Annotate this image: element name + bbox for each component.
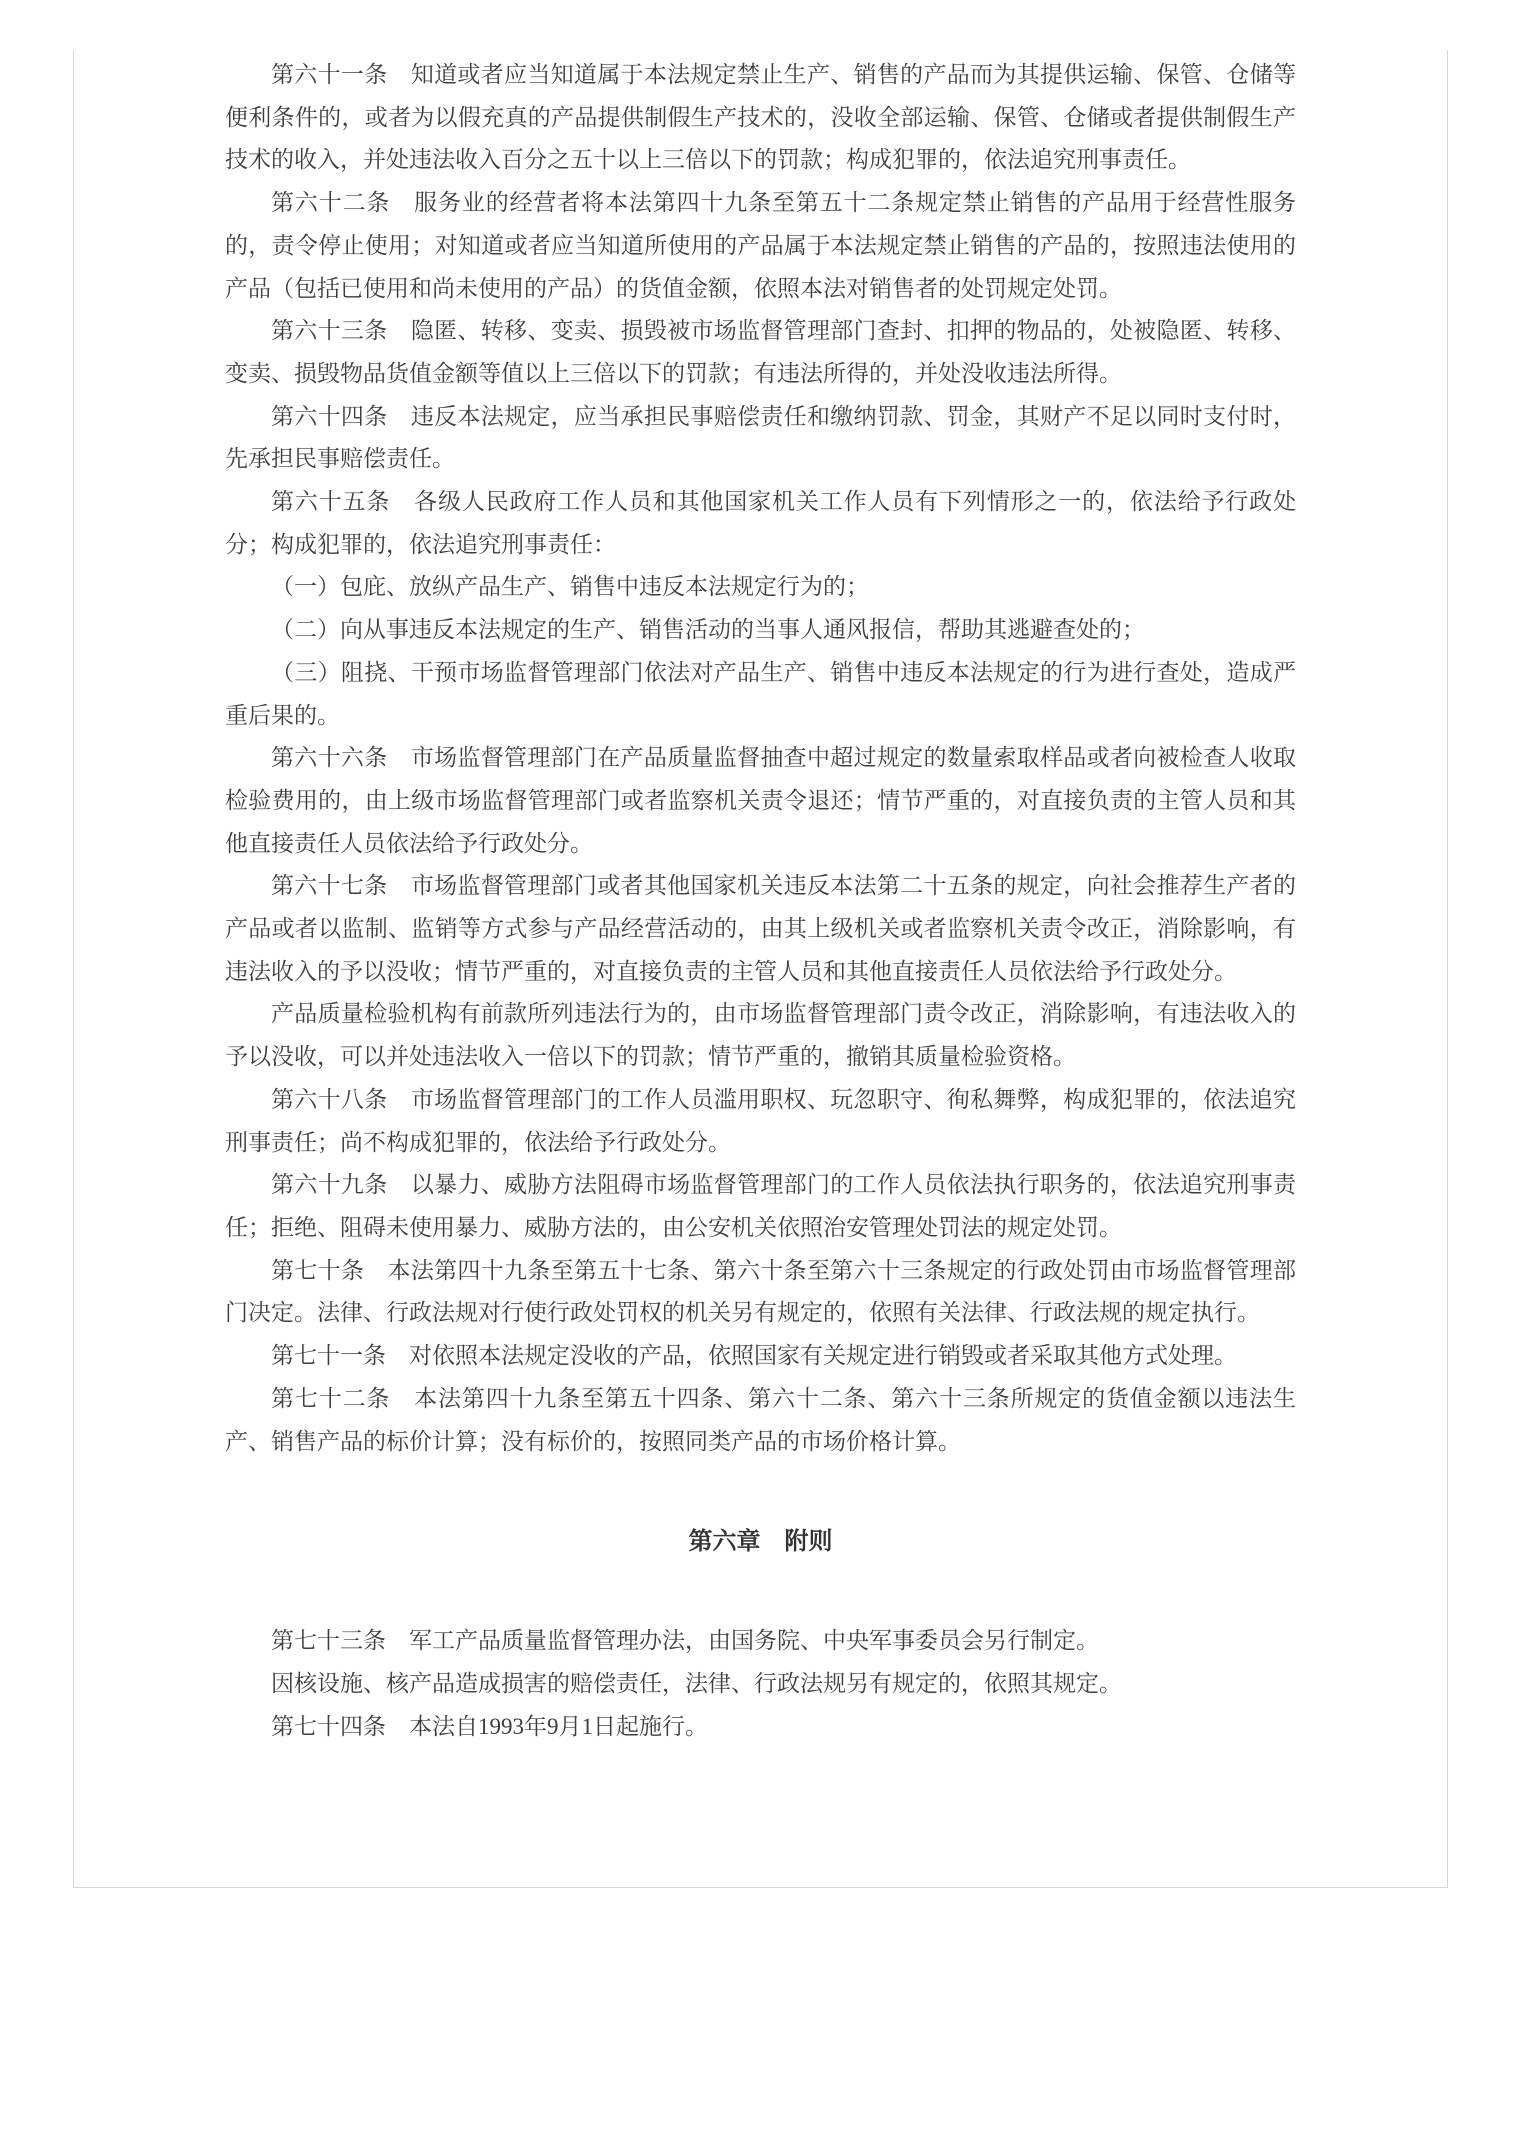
paragraph: 第七十四条 本法自1993年9月1日起施行。: [225, 1706, 1296, 1749]
paragraph: （二）向从事违反本法规定的生产、销售活动的当事人通风报信，帮助其逃避查处的；: [225, 609, 1296, 652]
paragraph: （三）阻挠、干预市场监督管理部门依法对产品生产、销售中违反本法规定的行为进行查处…: [225, 652, 1296, 737]
paragraph: 第六十七条 市场监督管理部门或者其他国家机关违反本法第二十五条的规定，向社会推荐…: [225, 865, 1296, 993]
paragraph: 第七十三条 军工产品质量监督管理办法，由国务院、中央军事委员会另行制定。: [225, 1620, 1296, 1663]
paragraph: 第六十九条 以暴力、威胁方法阻碍市场监督管理部门的工作人员依法执行职务的，依法追…: [225, 1164, 1296, 1249]
paragraph: 产品质量检验机构有前款所列违法行为的，由市场监督管理部门责令改正，消除影响，有违…: [225, 993, 1296, 1078]
chapter-heading: 第六章 附则: [225, 1521, 1296, 1564]
paragraph: 第六十一条 知道或者应当知道属于本法规定禁止生产、销售的产品而为其提供运输、保管…: [225, 54, 1296, 182]
paragraph: 第六十二条 服务业的经营者将本法第四十九条至第五十二条规定禁止销售的产品用于经营…: [225, 182, 1296, 310]
paragraph: 第七十条 本法第四十九条至第五十七条、第六十条至第六十三条规定的行政处罚由市场监…: [225, 1250, 1296, 1335]
paragraph: 第六十五条 各级人民政府工作人员和其他国家机关工作人员有下列情形之一的，依法给予…: [225, 481, 1296, 566]
paragraph: 第七十一条 对依照本法规定没收的产品，依照国家有关规定进行销毁或者采取其他方式处…: [225, 1335, 1296, 1378]
paragraph: 第七十二条 本法第四十九条至第五十四条、第六十二条、第六十三条所规定的货值金额以…: [225, 1378, 1296, 1463]
paragraph: （一）包庇、放纵产品生产、销售中违反本法规定行为的；: [225, 566, 1296, 609]
paragraph: 第六十四条 违反本法规定，应当承担民事赔偿责任和缴纳罚款、罚金，其财产不足以同时…: [225, 396, 1296, 481]
paragraph: 因核设施、核产品造成损害的赔偿责任，法律、行政法规另有规定的，依照其规定。: [225, 1663, 1296, 1706]
document-viewer: 第六十一条 知道或者应当知道属于本法规定禁止生产、销售的产品而为其提供运输、保管…: [0, 0, 1520, 2150]
document-body: 第六十一条 知道或者应当知道属于本法规定禁止生产、销售的产品而为其提供运输、保管…: [225, 54, 1296, 1748]
document-page: 第六十一条 知道或者应当知道属于本法规定禁止生产、销售的产品而为其提供运输、保管…: [73, 50, 1448, 1888]
paragraph: 第六十三条 隐匿、转移、变卖、损毁被市场监督管理部门查封、扣押的物品的，处被隐匿…: [225, 310, 1296, 395]
paragraph: 第六十六条 市场监督管理部门在产品质量监督抽查中超过规定的数量索取样品或者向被检…: [225, 737, 1296, 865]
paragraph: 第六十八条 市场监督管理部门的工作人员滥用职权、玩忽职守、徇私舞弊，构成犯罪的，…: [225, 1079, 1296, 1164]
